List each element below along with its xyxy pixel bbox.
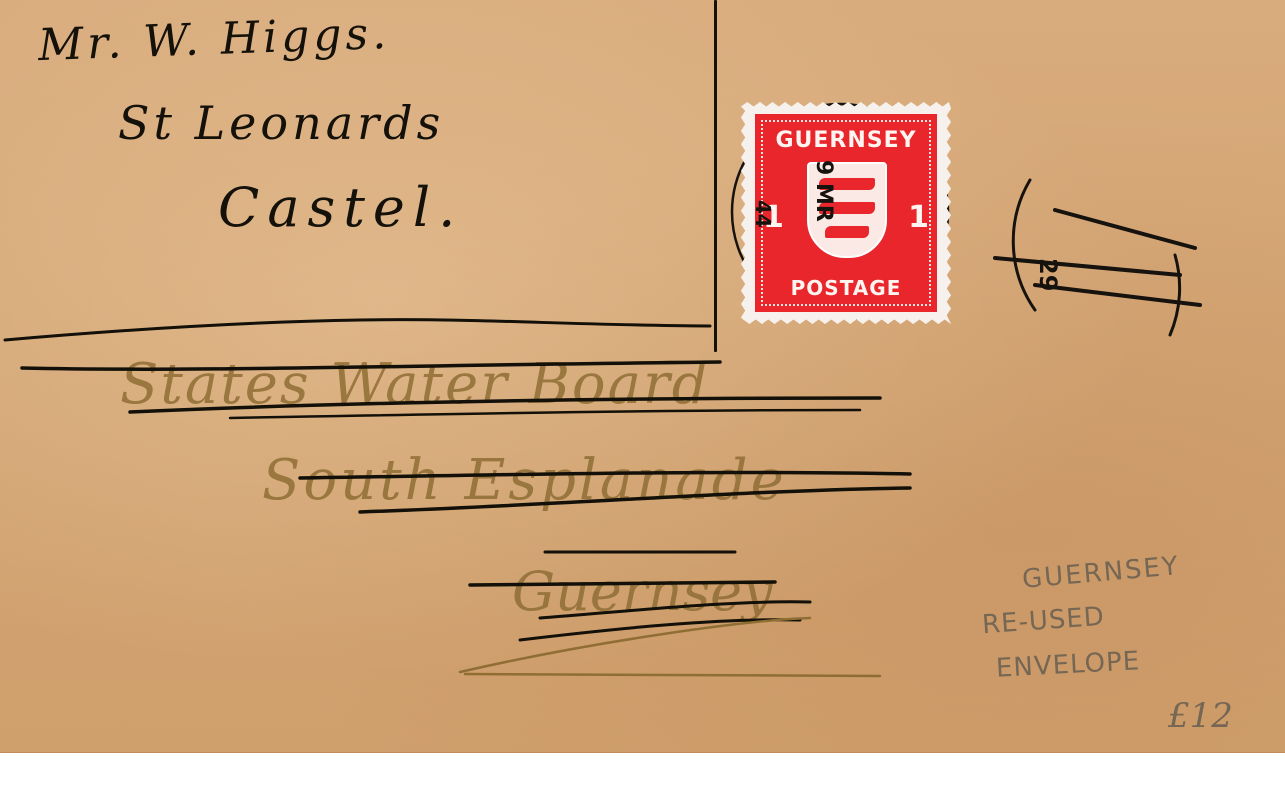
strike-through-lines [0,0,1285,752]
pencil-note-price: £12 [1168,696,1233,736]
stamp-design: GUERNSEY 1 1 POSTAGE [755,114,937,312]
stamp-value-right: 1 [908,200,929,235]
stamp-inscription: POSTAGE [755,276,937,300]
postmark-year: 44 [751,200,775,228]
stamp-country: GUERNSEY [755,128,937,153]
postmark-date: 9 MR [811,160,836,222]
envelope: Mr. W. Higgs. St Leonards Castel. States… [0,0,1285,753]
cancellation-day: 29 [1034,258,1062,291]
